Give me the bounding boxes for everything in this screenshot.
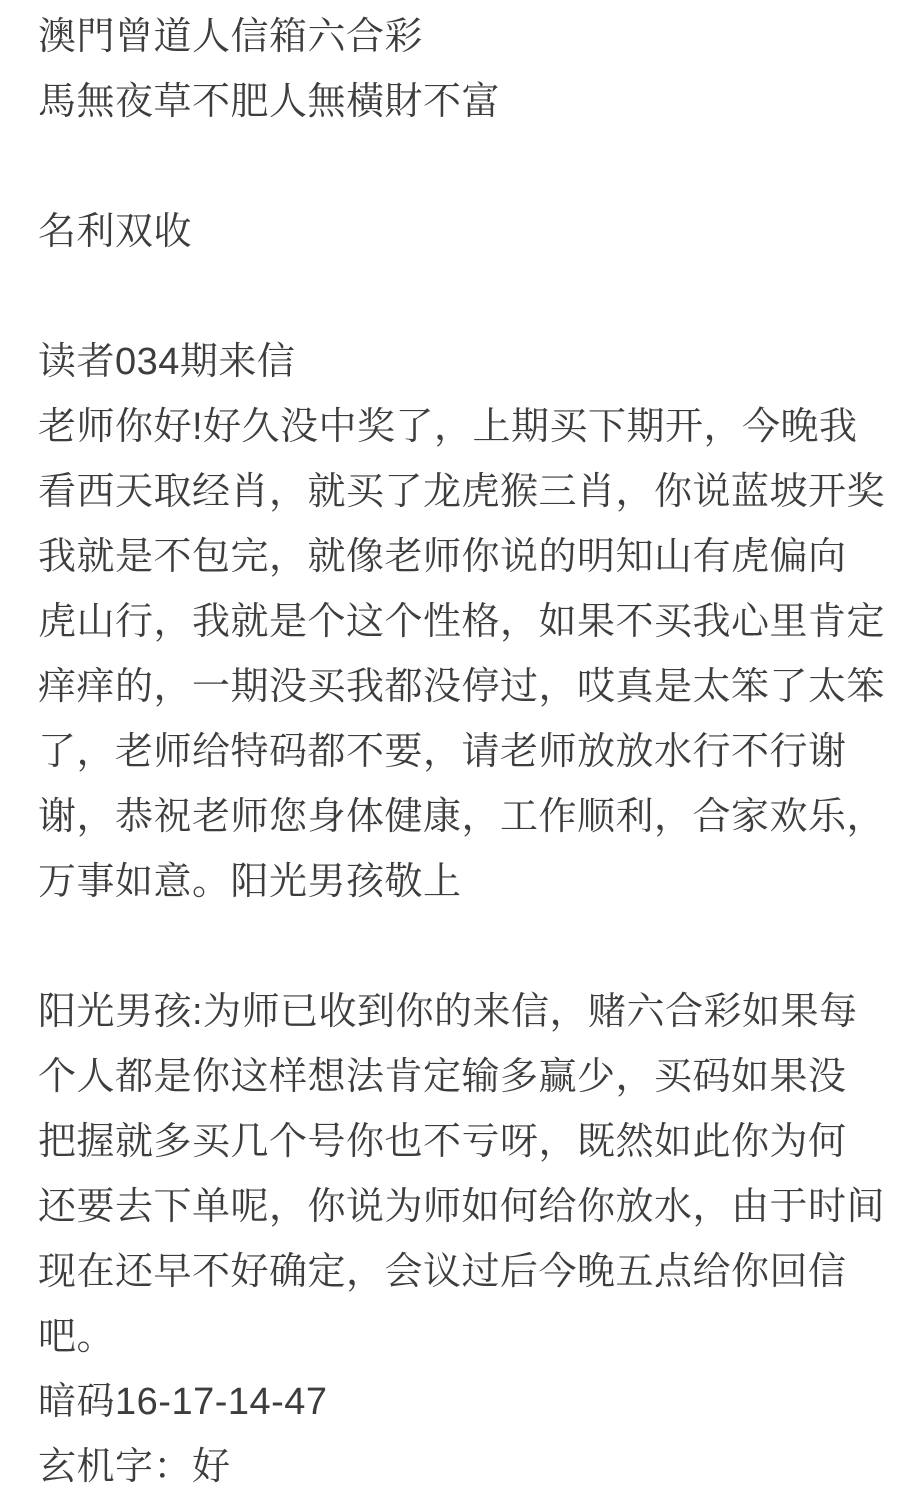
mystery-word-value: 好 <box>192 1446 231 1488</box>
master-reply-line: 还要去下单呢，你说为师如何给你放水，由于时间 <box>38 1175 879 1240</box>
reader-letter-line: 了，老师给特码都不要，请老师放放水行不行谢 <box>38 720 879 785</box>
reader-letter-line: 痒痒的，一期没买我都没停过，哎真是太笨了太笨 <box>38 655 879 720</box>
dark-code-value: 16-17-14-47 <box>115 1381 328 1423</box>
reader-letter-line: 老师你好!好久没中奖了，上期买下期开，今晚我 <box>38 395 879 460</box>
reader-letter-line: 谢，恭祝老师您身体健康，工作顺利，合家欢乐， <box>38 785 879 850</box>
reader-letter-line: 虎山行，我就是个这个性格，如果不买我心里肯定 <box>38 590 879 655</box>
master-reply-line: 个人都是你这样想法肯定输多赢少，买码如果没 <box>38 1045 879 1110</box>
mystery-word-label: 玄机字： <box>38 1446 192 1488</box>
spacer <box>38 265 879 330</box>
dark-code-line: 暗码16-17-14-47 <box>38 1370 879 1435</box>
reader-letter-heading: 读者034期来信 <box>38 330 879 395</box>
spacer <box>38 135 879 200</box>
mystery-word-line: 玄机字：好 <box>38 1435 879 1500</box>
reader-letter-line: 看西天取经肖，就买了龙虎猴三肖，你说蓝坡开奖 <box>38 460 879 525</box>
dark-code-label: 暗码 <box>38 1381 115 1423</box>
masthead-title: 澳門曾道人信箱六合彩 <box>38 5 879 70</box>
masthead-proverb: 馬無夜草不肥人無橫財不富 <box>38 70 879 135</box>
reader-letter-signature-line: 万事如意。阳光男孩敬上 <box>38 850 879 915</box>
master-reply-line: 把握就多买几个号你也不亏呀，既然如此你为何 <box>38 1110 879 1175</box>
master-reply-line: 阳光男孩:为师已收到你的来信，赌六合彩如果每 <box>38 980 879 1045</box>
masthead-blessing: 名利双收 <box>38 200 879 265</box>
master-reply-line: 吧。 <box>38 1305 879 1370</box>
spacer <box>38 915 879 980</box>
letter-page: 澳門曾道人信箱六合彩 馬無夜草不肥人無橫財不富 名利双收 读者034期来信 老师… <box>0 0 913 1500</box>
master-reply-line: 现在还早不好确定，会议过后今晚五点给你回信 <box>38 1240 879 1305</box>
reader-letter-line: 我就是不包完，就像老师你说的明知山有虎偏向 <box>38 525 879 590</box>
